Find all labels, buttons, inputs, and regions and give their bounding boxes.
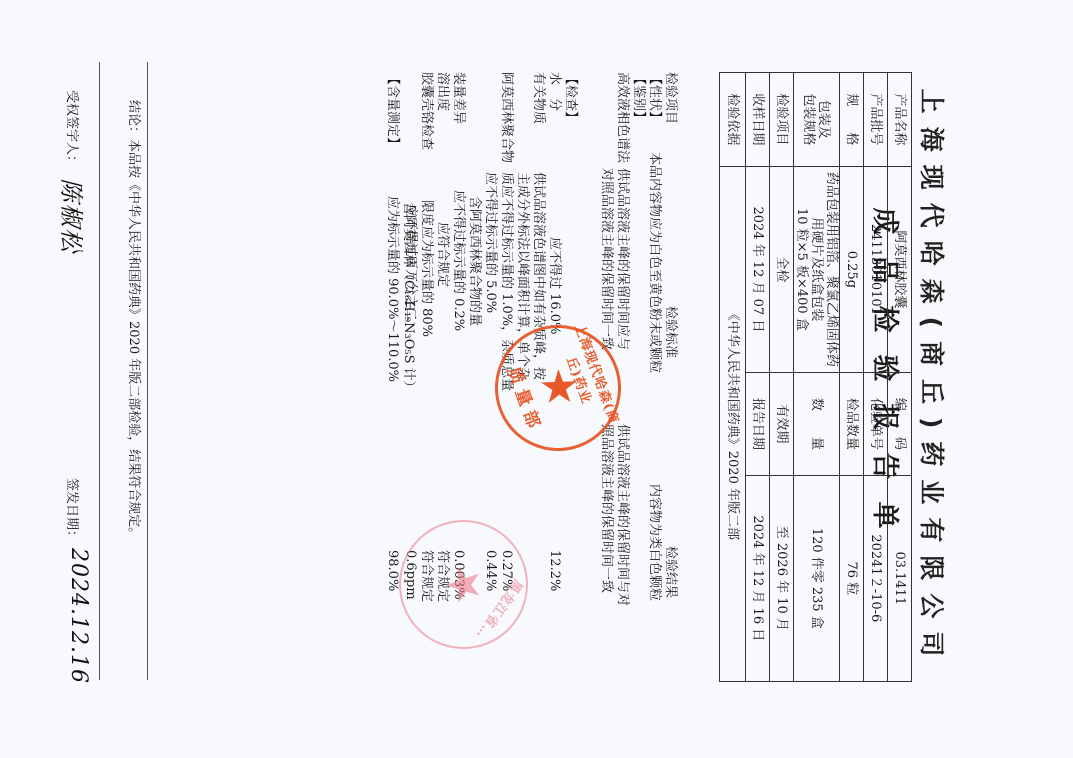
conclusion-text: 结论：本品按《中华人民共和国药典》2020 年版二部检验，结果符合规定。	[126, 100, 145, 540]
header-standard: 检验标准	[663, 222, 679, 442]
product-info-table: 产品名称阿莫西林胶囊编 码03.1411产品批号24113010101化验单号2…	[719, 72, 912, 682]
test-standard-line: 应不得过标示量的 0.2%	[451, 190, 467, 331]
test-item-name: 装量差异	[451, 72, 467, 124]
test-result-line: 12.2%	[547, 550, 563, 591]
star-icon: ★	[435, 556, 496, 616]
section-assay: 【含量测定】	[385, 72, 401, 150]
info-value: 03.1411	[888, 475, 912, 681]
info-label: 检验依据	[720, 73, 746, 167]
info-value: 76 粒	[840, 475, 864, 681]
test-item-name: 阿莫西林聚合物	[499, 72, 515, 163]
inspection-report-page: 上海现代哈森(商丘)药业有限公司 成品检验报告单 产品名称阿莫西林胶囊编 码03…	[0, 0, 1073, 758]
info-label: 报告日期	[746, 373, 770, 476]
info-value: 24113010101	[864, 166, 888, 372]
info-value: 全检	[770, 166, 794, 372]
signer-label: 受权签字人：	[64, 90, 83, 168]
info-row: 检验项目全检有效期至 2026 年 10 月	[770, 73, 794, 682]
test-item-name: 胶囊壳铬检查	[419, 72, 435, 150]
identification-standard-1: 供试品溶液主峰的保留时间应与	[615, 168, 631, 350]
info-label: 检验项目	[770, 73, 794, 167]
test-item-name: 溶出度	[435, 72, 451, 111]
properties-standard: 本品内容物应为白色至黄色粉末或颗粒	[647, 152, 663, 373]
test-standard-line: 应不得过 16.0%	[547, 237, 563, 334]
test-item-name: 有关物质	[531, 72, 547, 124]
identification-item: 高效液相色谱法	[615, 72, 631, 163]
info-row: 包装及 包装规格药品包装用铝箔、聚氯乙烯固体药用硬片及纸盒包装 10 粒×5 板…	[794, 73, 840, 682]
faint-stamp: 黑龙江省… ★	[374, 495, 554, 675]
test-item-name: 水 分	[547, 72, 563, 111]
info-row: 检验依据《中华人民共和国药典》2020 年版二部	[720, 73, 746, 682]
info-value: 20241２-10-6	[864, 475, 888, 681]
info-label: 收样日期	[746, 73, 770, 167]
info-label: 产品名称	[888, 73, 912, 167]
info-label: 产品批号	[864, 73, 888, 167]
sign-date-label: 签发日期：	[64, 478, 83, 543]
info-label: 化验单号	[864, 373, 888, 476]
info-row: 规 格0.25g检品数量76 粒	[840, 73, 864, 682]
info-value: 2024 年 12 月 07 日	[746, 166, 770, 372]
identification-result-1: 供试品溶液主峰的保留时间与对	[615, 424, 631, 606]
info-label: 检品数量	[840, 373, 864, 476]
test-standard-line: 应符合规定	[435, 222, 451, 287]
header-result: 检验结果	[663, 462, 679, 682]
section-identification: 【鉴别】	[631, 72, 647, 124]
assay-standard-1: 含阿莫西林（C₁₆H₁₉N₃O₅S 计）	[401, 202, 417, 394]
info-label: 数 量	[794, 373, 840, 476]
divider-top	[147, 62, 148, 680]
info-value: 0.25g	[840, 166, 864, 372]
info-row: 产品批号24113010101化验单号20241２-10-6	[864, 73, 888, 682]
company-name: 上海现代哈森(商丘)药业有限公司	[915, 0, 951, 758]
info-value: 《中华人民共和国药典》2020 年版二部	[720, 166, 746, 681]
info-value: 至 2026 年 10 月	[770, 475, 794, 681]
header-item: 检验项目	[663, 72, 679, 124]
info-row: 产品名称阿莫西林胶囊编 码03.1411	[888, 73, 912, 682]
info-label: 有效期	[770, 373, 794, 476]
divider-bottom	[99, 62, 100, 680]
properties-result: 内容物为类白色颗粒	[647, 484, 663, 601]
section-properties: 【性状】	[647, 72, 663, 124]
signer-signature: 陈椒松	[56, 178, 91, 253]
info-row: 收样日期2024 年 12 月 07 日报告日期2024 年 12 月 16 日	[746, 73, 770, 682]
identification-standard-2: 对照品溶液主峰的保留时间一致	[599, 168, 615, 350]
info-value: 2024 年 12 月 16 日	[746, 475, 770, 681]
assay-standard-2: 应为标示量的 90.0%～110.0%	[385, 196, 401, 382]
info-value: 120 件零 235 盒	[794, 475, 840, 681]
section-tests: 【检查】	[563, 72, 579, 124]
sign-date-value: 2024.12.16	[66, 548, 91, 684]
test-standard-line: 应不得过标示量的 5.0%	[483, 172, 499, 313]
test-standard-line: 含阿莫西林聚合物的量	[467, 196, 483, 326]
info-label: 规 格	[840, 73, 864, 167]
info-value: 药品包装用铝箔、聚氯乙烯固体药用硬片及纸盒包装 10 粒×5 板×400 盒	[794, 166, 840, 372]
info-label: 编 码	[888, 373, 912, 476]
test-standard-line: 限度应为标示量的 80%	[419, 200, 435, 337]
identification-result-2: 照品溶液主峰的保留时间一致	[599, 424, 615, 593]
info-value: 阿莫西林胶囊	[888, 166, 912, 372]
info-label: 包装及 包装规格	[794, 73, 840, 167]
